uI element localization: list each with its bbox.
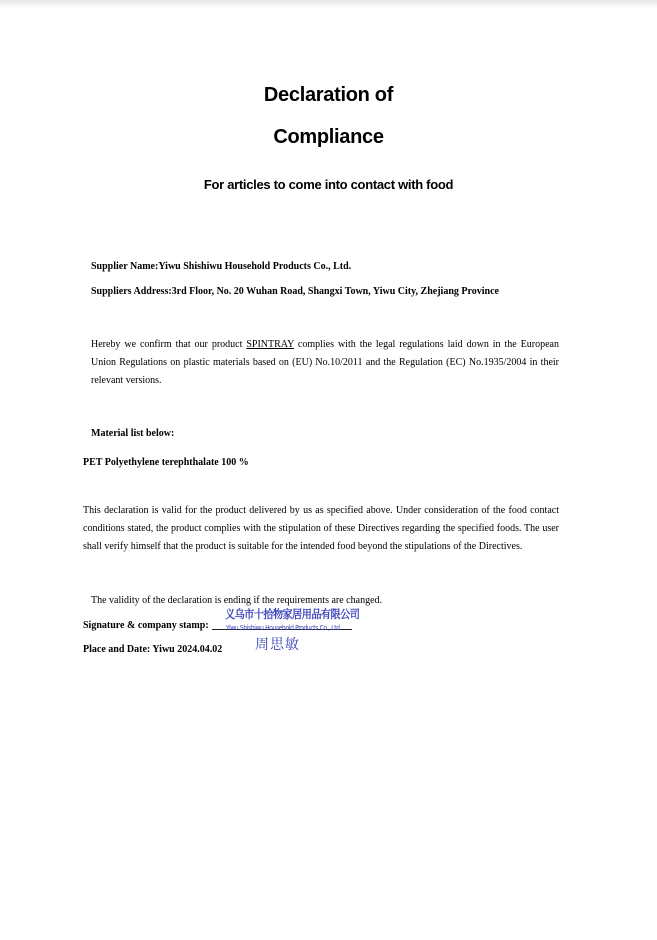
handwritten-signature: 周思敏 (255, 634, 300, 654)
validity-paragraph: This declaration is valid for the produc… (83, 502, 559, 556)
supplier-address: Suppliers Address:3rd Floor, No. 20 Wuha… (91, 286, 499, 297)
validity-note: The validity of the declaration is endin… (91, 595, 382, 606)
confirmation-text-start: Hereby we confirm that our product (91, 339, 246, 350)
company-stamp-english: Yiwu Shishiwu Household Products Co., Lt… (226, 624, 341, 632)
material-heading: Material list below: (91, 428, 174, 439)
page-top-shadow (0, 0, 657, 8)
document-subtitle: For articles to come into contact with f… (0, 177, 657, 192)
place-and-date: Place and Date: Yiwu 2024.04.02 (83, 644, 222, 655)
document-title-line2: Compliance (0, 126, 657, 149)
product-name: SPINTRAY (246, 339, 294, 350)
material-item: PET Polyethylene terephthalate 100 % (83, 457, 249, 468)
document-title-line1: Declaration of (0, 84, 657, 107)
company-stamp-chinese: 义乌市十拾物家居用品有限公司 (225, 606, 359, 622)
signature-label: Signature & company stamp: (83, 620, 209, 631)
confirmation-paragraph: Hereby we confirm that our product SPINT… (91, 336, 559, 390)
supplier-name: Supplier Name:Yiwu Shishiwu Household Pr… (91, 261, 351, 272)
